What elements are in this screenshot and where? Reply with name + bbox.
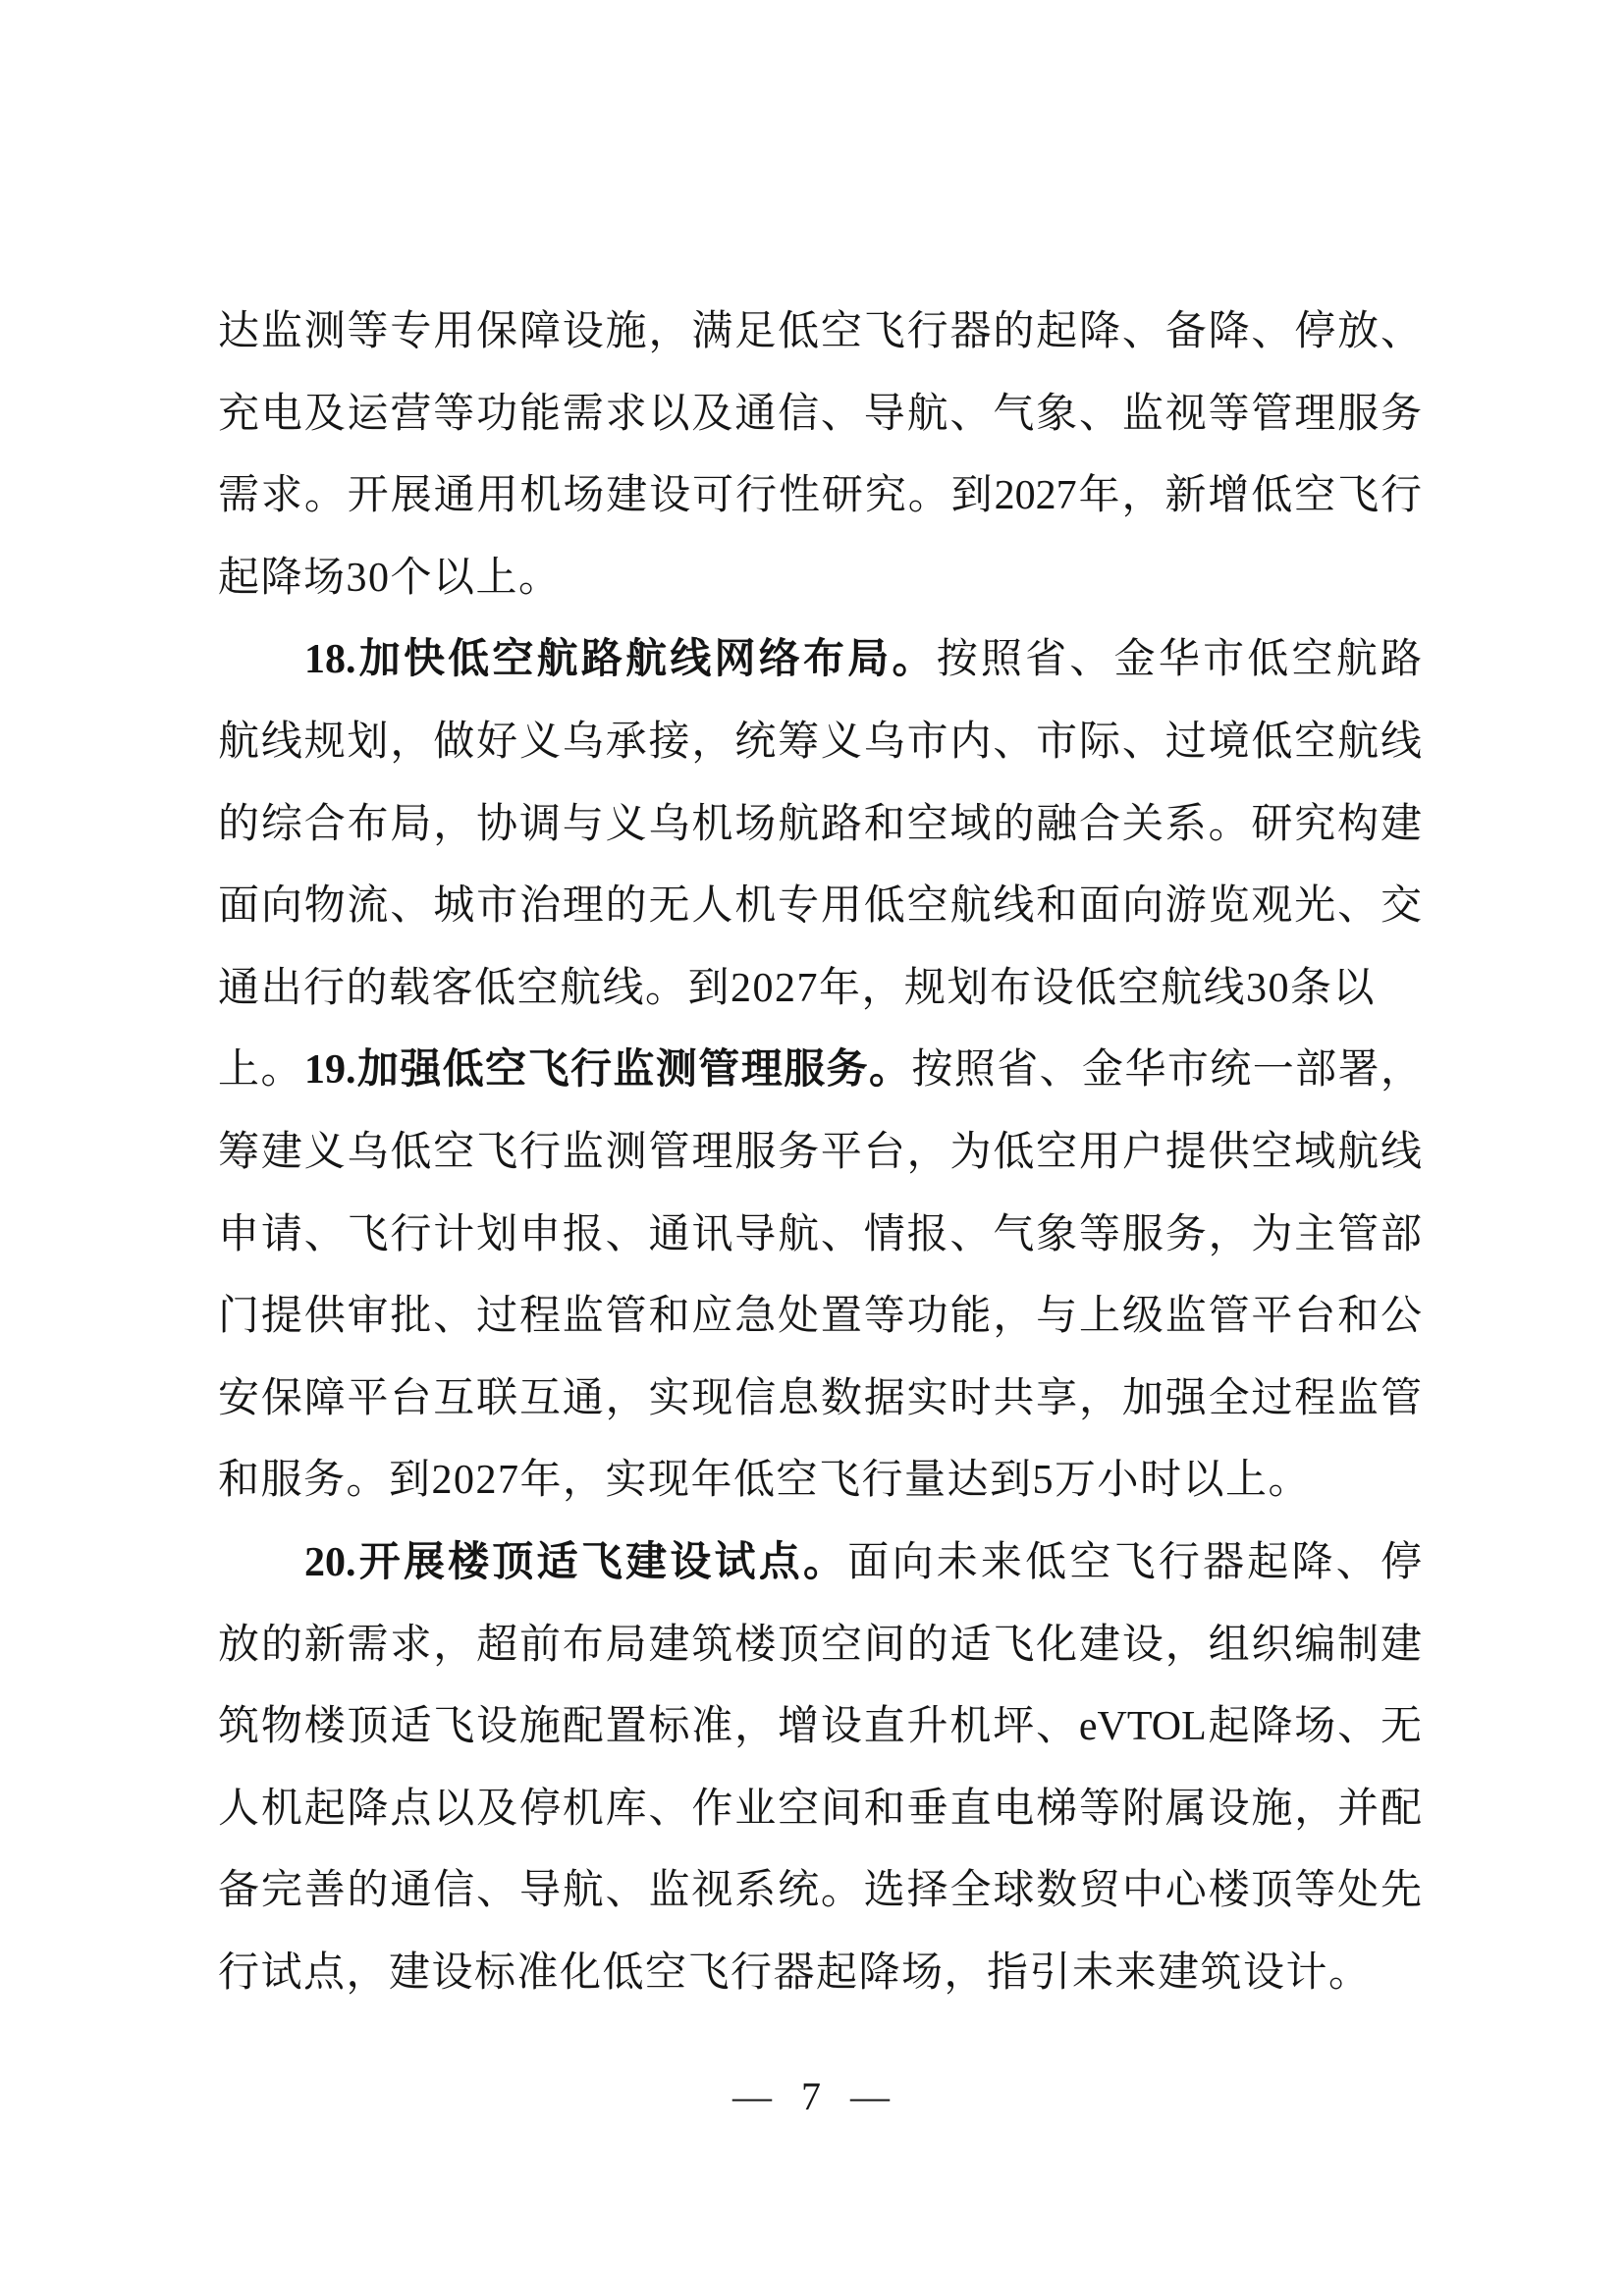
text-line: 筑物楼顶适飞设施配置标准，增设直升机坪、eVTOL起降场、无 — [218, 1686, 1422, 1769]
clause-heading: 19.加强低空飞行监测管理服务。 — [304, 1047, 911, 1093]
text-line: 人机起降点以及停机库、作业空间和垂直电梯等附属设施，并配 — [218, 1769, 1422, 1851]
body-text: 放的新需求，超前布局建筑楼顶空间的适飞化建设，组织编制建 — [218, 1623, 1422, 1668]
text-line: 申请、飞行计划申报、通讯导航、情报、气象等服务，为主管部 — [218, 1195, 1422, 1277]
body-text: 人机起降点以及停机库、作业空间和垂直电梯等附属设施，并配 — [218, 1787, 1422, 1832]
body-text: 筹建义乌低空飞行监测管理服务平台，为低空用户提供空域航线 — [218, 1130, 1422, 1175]
text-line: 面向物流、城市治理的无人机专用低空航线和面向游览观光、交 — [218, 866, 1422, 948]
clause-heading: 20.开展楼顶适飞建设试点。 — [304, 1540, 847, 1585]
body-text: 的综合布局，协调与义乌机场航路和空域的融合关系。研究构建 — [218, 802, 1422, 847]
clause-18: 18.加快低空航路航线网络布局。按照省、金华市低空航路航线规划，做好义乌承接，统… — [218, 619, 1422, 1030]
text-line: 备完善的通信、导航、监视系统。选择全球数贸中心楼顶等处先 — [218, 1850, 1422, 1933]
clause-heading: 18.加快低空航路航线网络布局。 — [304, 637, 937, 682]
text-line: 航线规划，做好义乌承接，统筹义乌市内、市际、过境低空航线 — [218, 702, 1422, 784]
body-text: 按照省、金华市统一部署， — [911, 1047, 1422, 1093]
body-text: 达监测等专用保障设施，满足低空飞行器的起降、备降、停放、 — [218, 309, 1422, 354]
text-line: 充电及运营等功能需求以及通信、导航、气象、监视等管理服务 — [218, 374, 1422, 456]
text-line: 20.开展楼顶适飞建设试点。面向未来低空飞行器起降、停 — [218, 1522, 1422, 1605]
document-body: 达监测等专用保障设施，满足低空飞行器的起降、备降、停放、充电及运营等功能需求以及… — [218, 292, 1422, 2014]
text-line: 19.加强低空飞行监测管理服务。按照省、金华市统一部署， — [218, 1030, 1422, 1112]
body-text: 行试点，建设标准化低空飞行器起降场，指引未来建筑设计。 — [218, 1950, 1372, 1996]
body-text: 需求。开展通用机场建设可行性研究。到2027年，新增低空飞行 — [218, 473, 1422, 518]
page-footer: — 7 — — [0, 2073, 1624, 2120]
body-text: 申请、飞行计划申报、通讯导航、情报、气象等服务，为主管部 — [218, 1212, 1422, 1257]
text-line: 筹建义乌低空飞行监测管理服务平台，为低空用户提供空域航线 — [218, 1112, 1422, 1195]
body-text: 门提供审批、过程监管和应急处置等功能，与上级监管平台和公 — [218, 1294, 1422, 1339]
body-text: 筑物楼顶适飞设施配置标准，增设直升机坪、eVTOL起降场、无 — [218, 1704, 1422, 1749]
body-text: 安保障平台互联互通，实现信息数据实时共享，加强全过程监管 — [218, 1376, 1422, 1421]
text-line: 需求。开展通用机场建设可行性研究。到2027年，新增低空飞行 — [218, 455, 1422, 538]
body-text: 和服务。到2027年，实现年低空飞行量达到5万小时以上。 — [218, 1458, 1311, 1503]
text-line: 的综合布局，协调与义乌机场航路和空域的融合关系。研究构建 — [218, 784, 1422, 867]
body-text: 航线规划，做好义乌承接，统筹义乌市内、市际、过境低空航线 — [218, 720, 1422, 765]
body-text: 面向物流、城市治理的无人机专用低空航线和面向游览观光、交 — [218, 883, 1422, 929]
page-number: — 7 — — [732, 2074, 892, 2118]
clause-20: 20.开展楼顶适飞建设试点。面向未来低空飞行器起降、停放的新需求，超前布局建筑楼… — [218, 1522, 1422, 2015]
para-17-continuation: 达监测等专用保障设施，满足低空飞行器的起降、备降、停放、充电及运营等功能需求以及… — [218, 292, 1422, 619]
text-line: 安保障平台互联互通，实现信息数据实时共享，加强全过程监管 — [218, 1359, 1422, 1441]
document-page: 达监测等专用保障设施，满足低空飞行器的起降、备降、停放、充电及运营等功能需求以及… — [0, 0, 1624, 2296]
text-line: 18.加快低空航路航线网络布局。按照省、金华市低空航路 — [218, 619, 1422, 702]
text-line: 放的新需求，超前布局建筑楼顶空间的适飞化建设，组织编制建 — [218, 1605, 1422, 1687]
text-line: 通出行的载客低空航线。到2027年，规划布设低空航线30条以上。 — [218, 948, 1422, 1031]
body-text: 面向未来低空飞行器起降、停 — [847, 1540, 1422, 1585]
body-text: 起降场30个以上。 — [218, 556, 562, 601]
body-text: 备完善的通信、导航、监视系统。选择全球数贸中心楼顶等处先 — [218, 1868, 1422, 1913]
text-line: 门提供审批、过程监管和应急处置等功能，与上级监管平台和公 — [218, 1276, 1422, 1359]
clause-19: 19.加强低空飞行监测管理服务。按照省、金华市统一部署，筹建义乌低空飞行监测管理… — [218, 1030, 1422, 1522]
body-text: 充电及运营等功能需求以及通信、导航、气象、监视等管理服务 — [218, 392, 1422, 437]
body-text: 按照省、金华市低空航路 — [937, 637, 1422, 682]
text-line: 起降场30个以上。 — [218, 538, 1422, 620]
text-line: 行试点，建设标准化低空飞行器起降场，指引未来建筑设计。 — [218, 1933, 1422, 2015]
text-line: 和服务。到2027年，实现年低空飞行量达到5万小时以上。 — [218, 1440, 1422, 1522]
text-line: 达监测等专用保障设施，满足低空飞行器的起降、备降、停放、 — [218, 292, 1422, 374]
